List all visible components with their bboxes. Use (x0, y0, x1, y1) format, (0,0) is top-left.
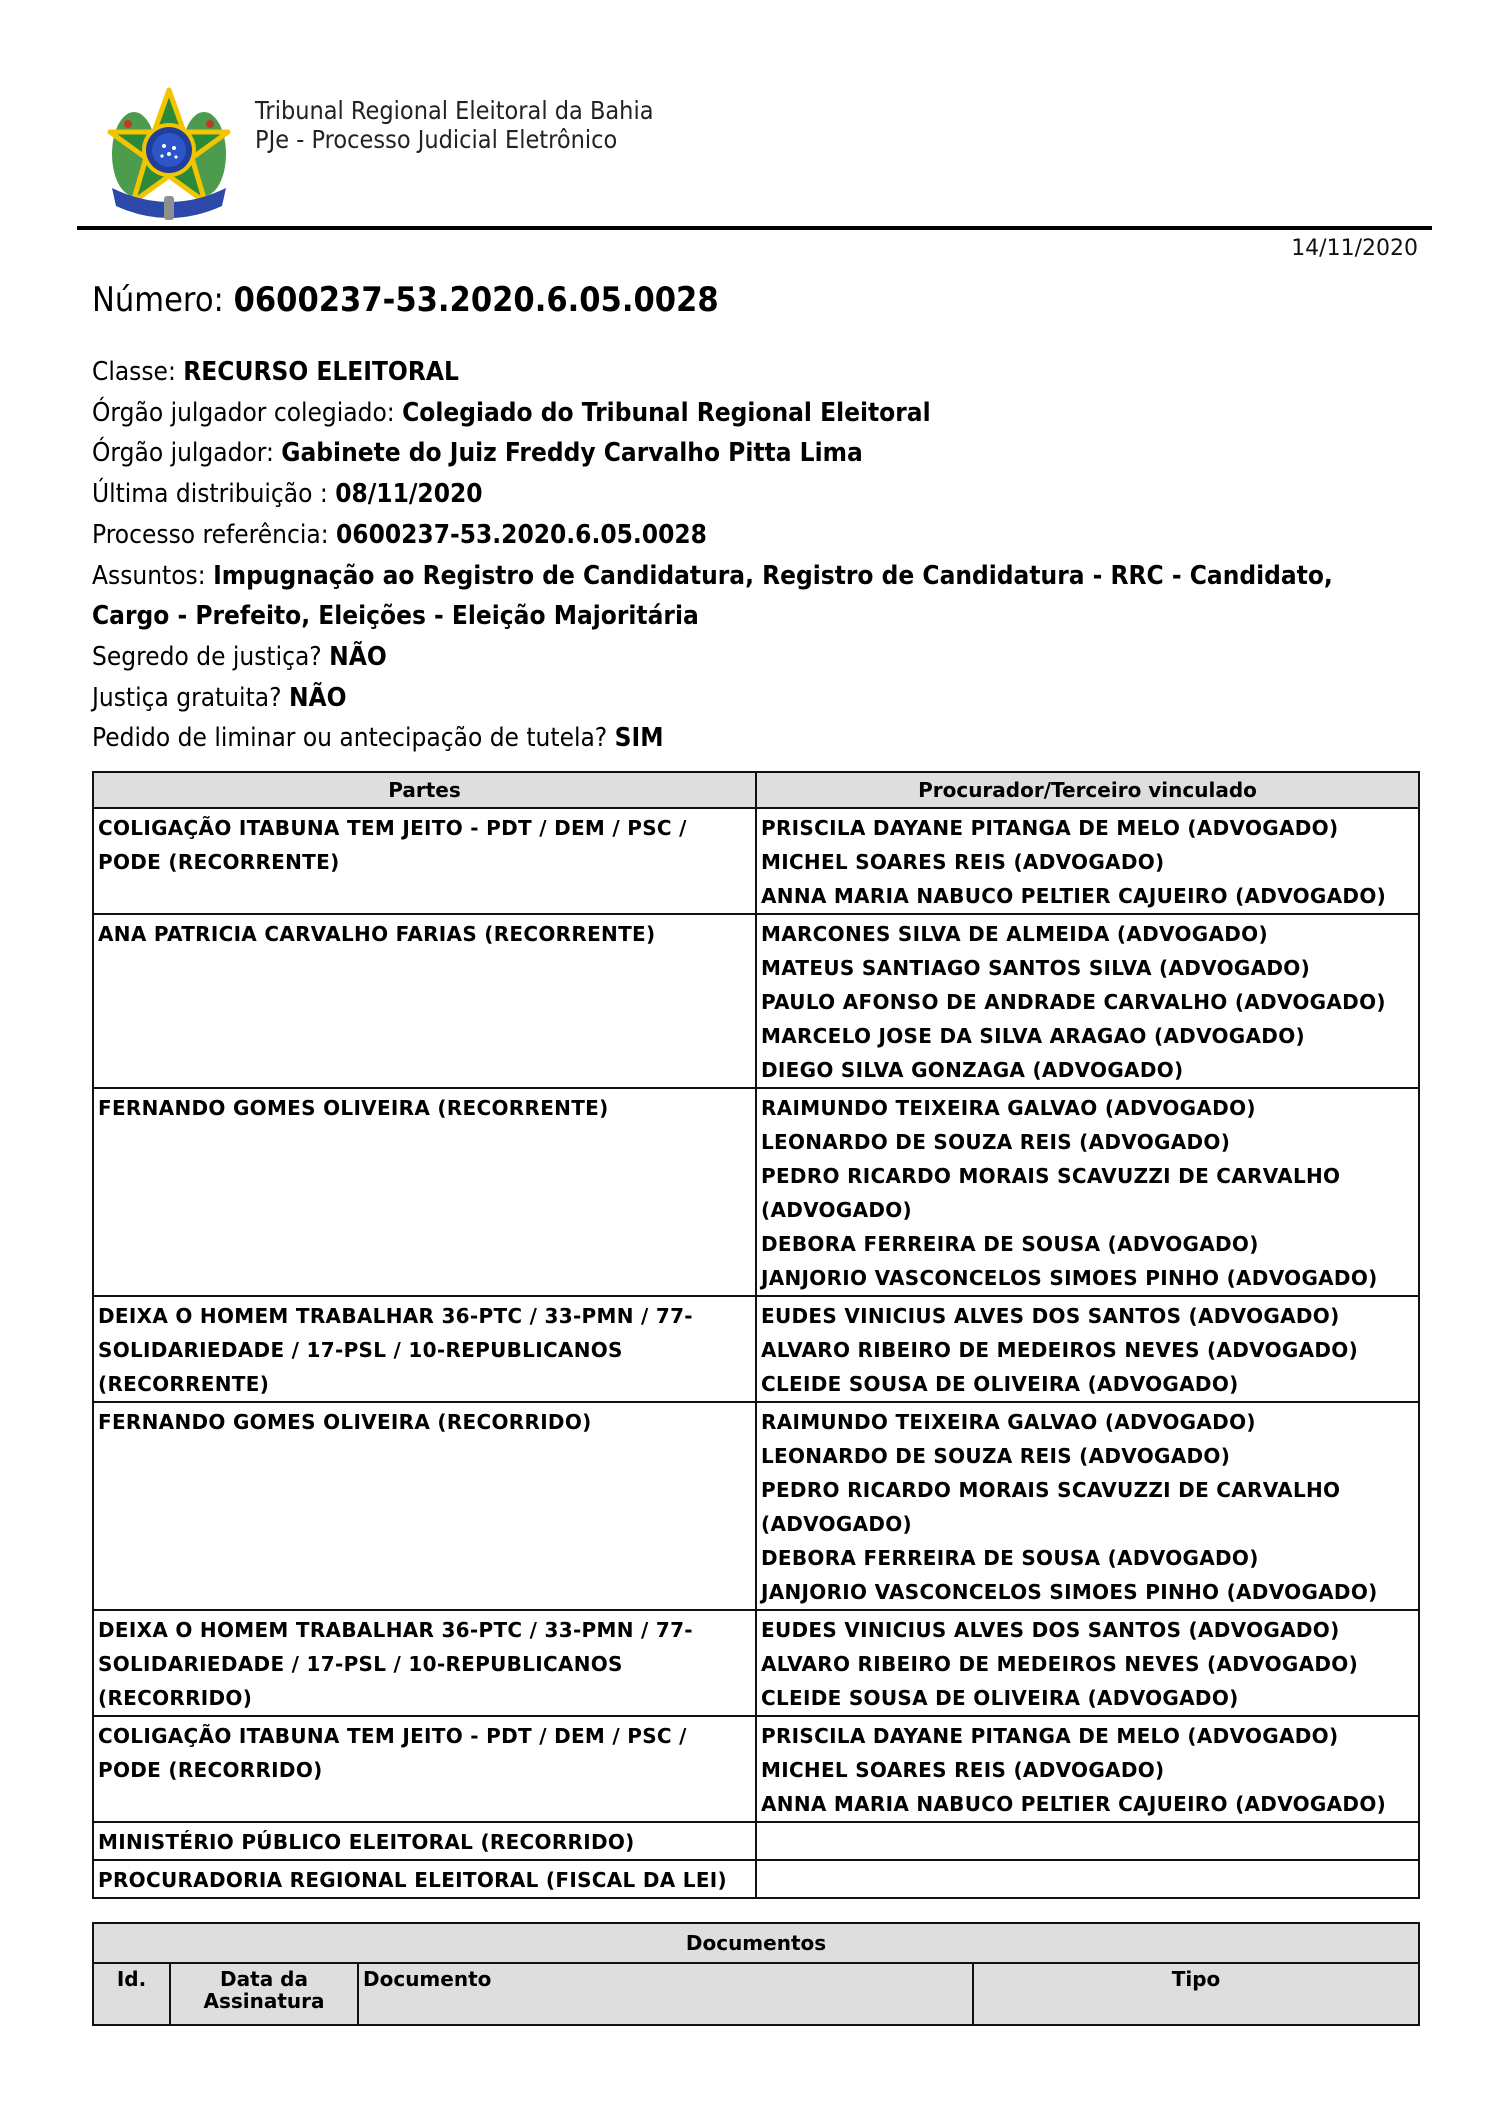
parte-cell: COLIGAÇÃO ITABUNA TEM JEITO - PDT / DEM … (93, 808, 756, 914)
field-segredo-justica: Segredo de justiça? NÃO (92, 637, 1289, 678)
parte-cell: FERNANDO GOMES OLIVEIRA (RECORRIDO) (93, 1402, 756, 1610)
partes-row: FERNANDO GOMES OLIVEIRA (RECORRENTE)RAIM… (93, 1088, 1419, 1296)
parte-name: PROCURADORIA REGIONAL ELEITORAL (FISCAL … (98, 1863, 738, 1897)
procurador-name: ANNA MARIA NABUCO PELTIER CAJUEIRO (ADVO… (761, 1787, 1421, 1821)
procurador-name: PEDRO RICARDO MORAIS SCAVUZZI DE CARVALH… (761, 1473, 1421, 1541)
parte-cell: ANA PATRICIA CARVALHO FARIAS (RECORRENTE… (93, 914, 756, 1088)
documentos-header-row: Id. Data da Assinatura Documento Tipo (93, 1963, 1419, 2025)
procurador-cell: EUDES VINICIUS ALVES DOS SANTOS (ADVOGAD… (756, 1296, 1419, 1402)
process-number-label: Número: (92, 280, 224, 320)
procurador-name: PEDRO RICARDO MORAIS SCAVUZZI DE CARVALH… (761, 1159, 1421, 1227)
doc-col-data-assinatura: Data da Assinatura (170, 1963, 358, 2025)
partes-row: DEIXA O HOMEM TRABALHAR 36-PTC / 33-PMN … (93, 1610, 1419, 1716)
documentos-title: Documentos (93, 1923, 1419, 1963)
field-classe: Classe: RECURSO ELEITORAL (92, 352, 1289, 393)
procurador-cell: RAIMUNDO TEIXEIRA GALVAO (ADVOGADO)LEONA… (756, 1402, 1419, 1610)
procurador-name: DEBORA FERREIRA DE SOUSA (ADVOGADO) (761, 1541, 1421, 1575)
procurador-name: MARCONES SILVA DE ALMEIDA (ADVOGADO) (761, 917, 1421, 951)
procurador-name: ANNA MARIA NABUCO PELTIER CAJUEIRO (ADVO… (761, 879, 1421, 913)
procurador-name: MICHEL SOARES REIS (ADVOGADO) (761, 1753, 1421, 1787)
procurador-name: CLEIDE SOUSA DE OLIVEIRA (ADVOGADO) (761, 1367, 1421, 1401)
procurador-name: DEBORA FERREIRA DE SOUSA (ADVOGADO) (761, 1227, 1421, 1261)
partes-header-row: Partes Procurador/Terceiro vinculado (93, 772, 1419, 808)
partes-body: COLIGAÇÃO ITABUNA TEM JEITO - PDT / DEM … (93, 808, 1419, 1898)
partes-table: Partes Procurador/Terceiro vinculado COL… (92, 771, 1420, 1899)
procurador-name: RAIMUNDO TEIXEIRA GALVAO (ADVOGADO) (761, 1091, 1421, 1125)
parte-name: COLIGAÇÃO ITABUNA TEM JEITO - PDT / DEM … (98, 1719, 738, 1787)
parte-name: DEIXA O HOMEM TRABALHAR 36-PTC / 33-PMN … (98, 1613, 738, 1715)
parte-name: COLIGAÇÃO ITABUNA TEM JEITO - PDT / DEM … (98, 811, 738, 879)
procurador-name: DIEGO SILVA GONZAGA (ADVOGADO) (761, 1053, 1421, 1087)
procurador-cell: MARCONES SILVA DE ALMEIDA (ADVOGADO)MATE… (756, 914, 1419, 1088)
procurador-name: CLEIDE SOUSA DE OLIVEIRA (ADVOGADO) (761, 1681, 1421, 1715)
partes-row: FERNANDO GOMES OLIVEIRA (RECORRIDO)RAIMU… (93, 1402, 1419, 1610)
parte-name: DEIXA O HOMEM TRABALHAR 36-PTC / 33-PMN … (98, 1299, 738, 1401)
partes-header: Partes (93, 772, 756, 808)
procurador-name: JANJORIO VASCONCELOS SIMOES PINHO (ADVOG… (761, 1261, 1421, 1295)
procurador-cell: RAIMUNDO TEIXEIRA GALVAO (ADVOGADO)LEONA… (756, 1088, 1419, 1296)
procurador-name: MATEUS SANTIAGO SANTOS SILVA (ADVOGADO) (761, 951, 1421, 985)
procurador-name: ALVARO RIBEIRO DE MEDEIROS NEVES (ADVOGA… (761, 1647, 1421, 1681)
procurador-name: PAULO AFONSO DE ANDRADE CARVALHO (ADVOGA… (761, 985, 1421, 1019)
brazil-coat-of-arms-icon (104, 84, 234, 224)
parte-name: FERNANDO GOMES OLIVEIRA (RECORRIDO) (98, 1405, 738, 1439)
parte-cell: MINISTÉRIO PÚBLICO ELEITORAL (RECORRIDO) (93, 1822, 756, 1860)
procurador-header: Procurador/Terceiro vinculado (756, 772, 1419, 808)
documentos-table: Documentos Id. Data da Assinatura Docume… (92, 1922, 1420, 2026)
doc-col-id: Id. (93, 1963, 170, 2025)
procurador-name: EUDES VINICIUS ALVES DOS SANTOS (ADVOGAD… (761, 1613, 1421, 1647)
procurador-name: RAIMUNDO TEIXEIRA GALVAO (ADVOGADO) (761, 1405, 1421, 1439)
parte-cell: FERNANDO GOMES OLIVEIRA (RECORRENTE) (93, 1088, 756, 1296)
system-name: PJe - Processo Judicial Eletrônico (255, 125, 653, 154)
field-orgao-colegiado: Órgão julgador colegiado: Colegiado do T… (92, 393, 1289, 434)
procurador-name: LEONARDO DE SOUZA REIS (ADVOGADO) (761, 1439, 1421, 1473)
process-details: Classe: RECURSO ELEITORAL Órgão julgador… (92, 352, 1289, 759)
procurador-name: EUDES VINICIUS ALVES DOS SANTOS (ADVOGAD… (761, 1299, 1421, 1333)
procurador-name: MICHEL SOARES REIS (ADVOGADO) (761, 845, 1421, 879)
partes-row: PROCURADORIA REGIONAL ELEITORAL (FISCAL … (93, 1860, 1419, 1898)
parte-name: ANA PATRICIA CARVALHO FARIAS (RECORRENTE… (98, 917, 738, 951)
field-assuntos: Assuntos: Impugnação ao Registro de Cand… (92, 556, 1415, 637)
field-processo-referencia: Processo referência: 0600237-53.2020.6.0… (92, 515, 1289, 556)
procurador-cell (756, 1860, 1419, 1898)
procurador-name: PRISCILA DAYANE PITANGA DE MELO (ADVOGAD… (761, 1719, 1421, 1753)
procurador-cell: PRISCILA DAYANE PITANGA DE MELO (ADVOGAD… (756, 808, 1419, 914)
parte-cell: COLIGAÇÃO ITABUNA TEM JEITO - PDT / DEM … (93, 1716, 756, 1822)
parte-name: MINISTÉRIO PÚBLICO ELEITORAL (RECORRIDO) (98, 1825, 738, 1859)
procurador-name: MARCELO JOSE DA SILVA ARAGAO (ADVOGADO) (761, 1019, 1421, 1053)
parte-cell: PROCURADORIA REGIONAL ELEITORAL (FISCAL … (93, 1860, 756, 1898)
partes-row: DEIXA O HOMEM TRABALHAR 36-PTC / 33-PMN … (93, 1296, 1419, 1402)
header-divider (77, 226, 1432, 230)
procurador-name: ALVARO RIBEIRO DE MEDEIROS NEVES (ADVOGA… (761, 1333, 1421, 1367)
parte-name: FERNANDO GOMES OLIVEIRA (RECORRENTE) (98, 1091, 738, 1125)
print-date: 14/11/2020 (1291, 236, 1418, 261)
procurador-name: PRISCILA DAYANE PITANGA DE MELO (ADVOGAD… (761, 811, 1421, 845)
procurador-name: JANJORIO VASCONCELOS SIMOES PINHO (ADVOG… (761, 1575, 1421, 1609)
parte-cell: DEIXA O HOMEM TRABALHAR 36-PTC / 33-PMN … (93, 1610, 756, 1716)
partes-row: ANA PATRICIA CARVALHO FARIAS (RECORRENTE… (93, 914, 1419, 1088)
field-ultima-distribuicao: Última distribuição : 08/11/2020 (92, 474, 1289, 515)
field-orgao-julgador: Órgão julgador: Gabinete do Juiz Freddy … (92, 433, 1289, 474)
partes-row: COLIGAÇÃO ITABUNA TEM JEITO - PDT / DEM … (93, 808, 1419, 914)
header-org: Tribunal Regional Eleitoral da Bahia PJe… (255, 96, 653, 154)
process-number: Número: 0600237-53.2020.6.05.0028 (92, 278, 719, 322)
doc-col-tipo: Tipo (973, 1963, 1419, 2025)
procurador-cell: PRISCILA DAYANE PITANGA DE MELO (ADVOGAD… (756, 1716, 1419, 1822)
partes-row: MINISTÉRIO PÚBLICO ELEITORAL (RECORRIDO) (93, 1822, 1419, 1860)
procurador-cell (756, 1822, 1419, 1860)
parte-cell: DEIXA O HOMEM TRABALHAR 36-PTC / 33-PMN … (93, 1296, 756, 1402)
field-pedido-liminar: Pedido de liminar ou antecipação de tute… (92, 718, 1289, 759)
procurador-name: LEONARDO DE SOUZA REIS (ADVOGADO) (761, 1125, 1421, 1159)
procurador-cell: EUDES VINICIUS ALVES DOS SANTOS (ADVOGAD… (756, 1610, 1419, 1716)
documentos-title-row: Documentos (93, 1923, 1419, 1963)
doc-col-documento: Documento (358, 1963, 973, 2025)
org-name: Tribunal Regional Eleitoral da Bahia (255, 96, 653, 125)
field-justica-gratuita: Justiça gratuita? NÃO (92, 678, 1289, 719)
process-number-value: 0600237-53.2020.6.05.0028 (234, 280, 719, 320)
partes-row: COLIGAÇÃO ITABUNA TEM JEITO - PDT / DEM … (93, 1716, 1419, 1822)
